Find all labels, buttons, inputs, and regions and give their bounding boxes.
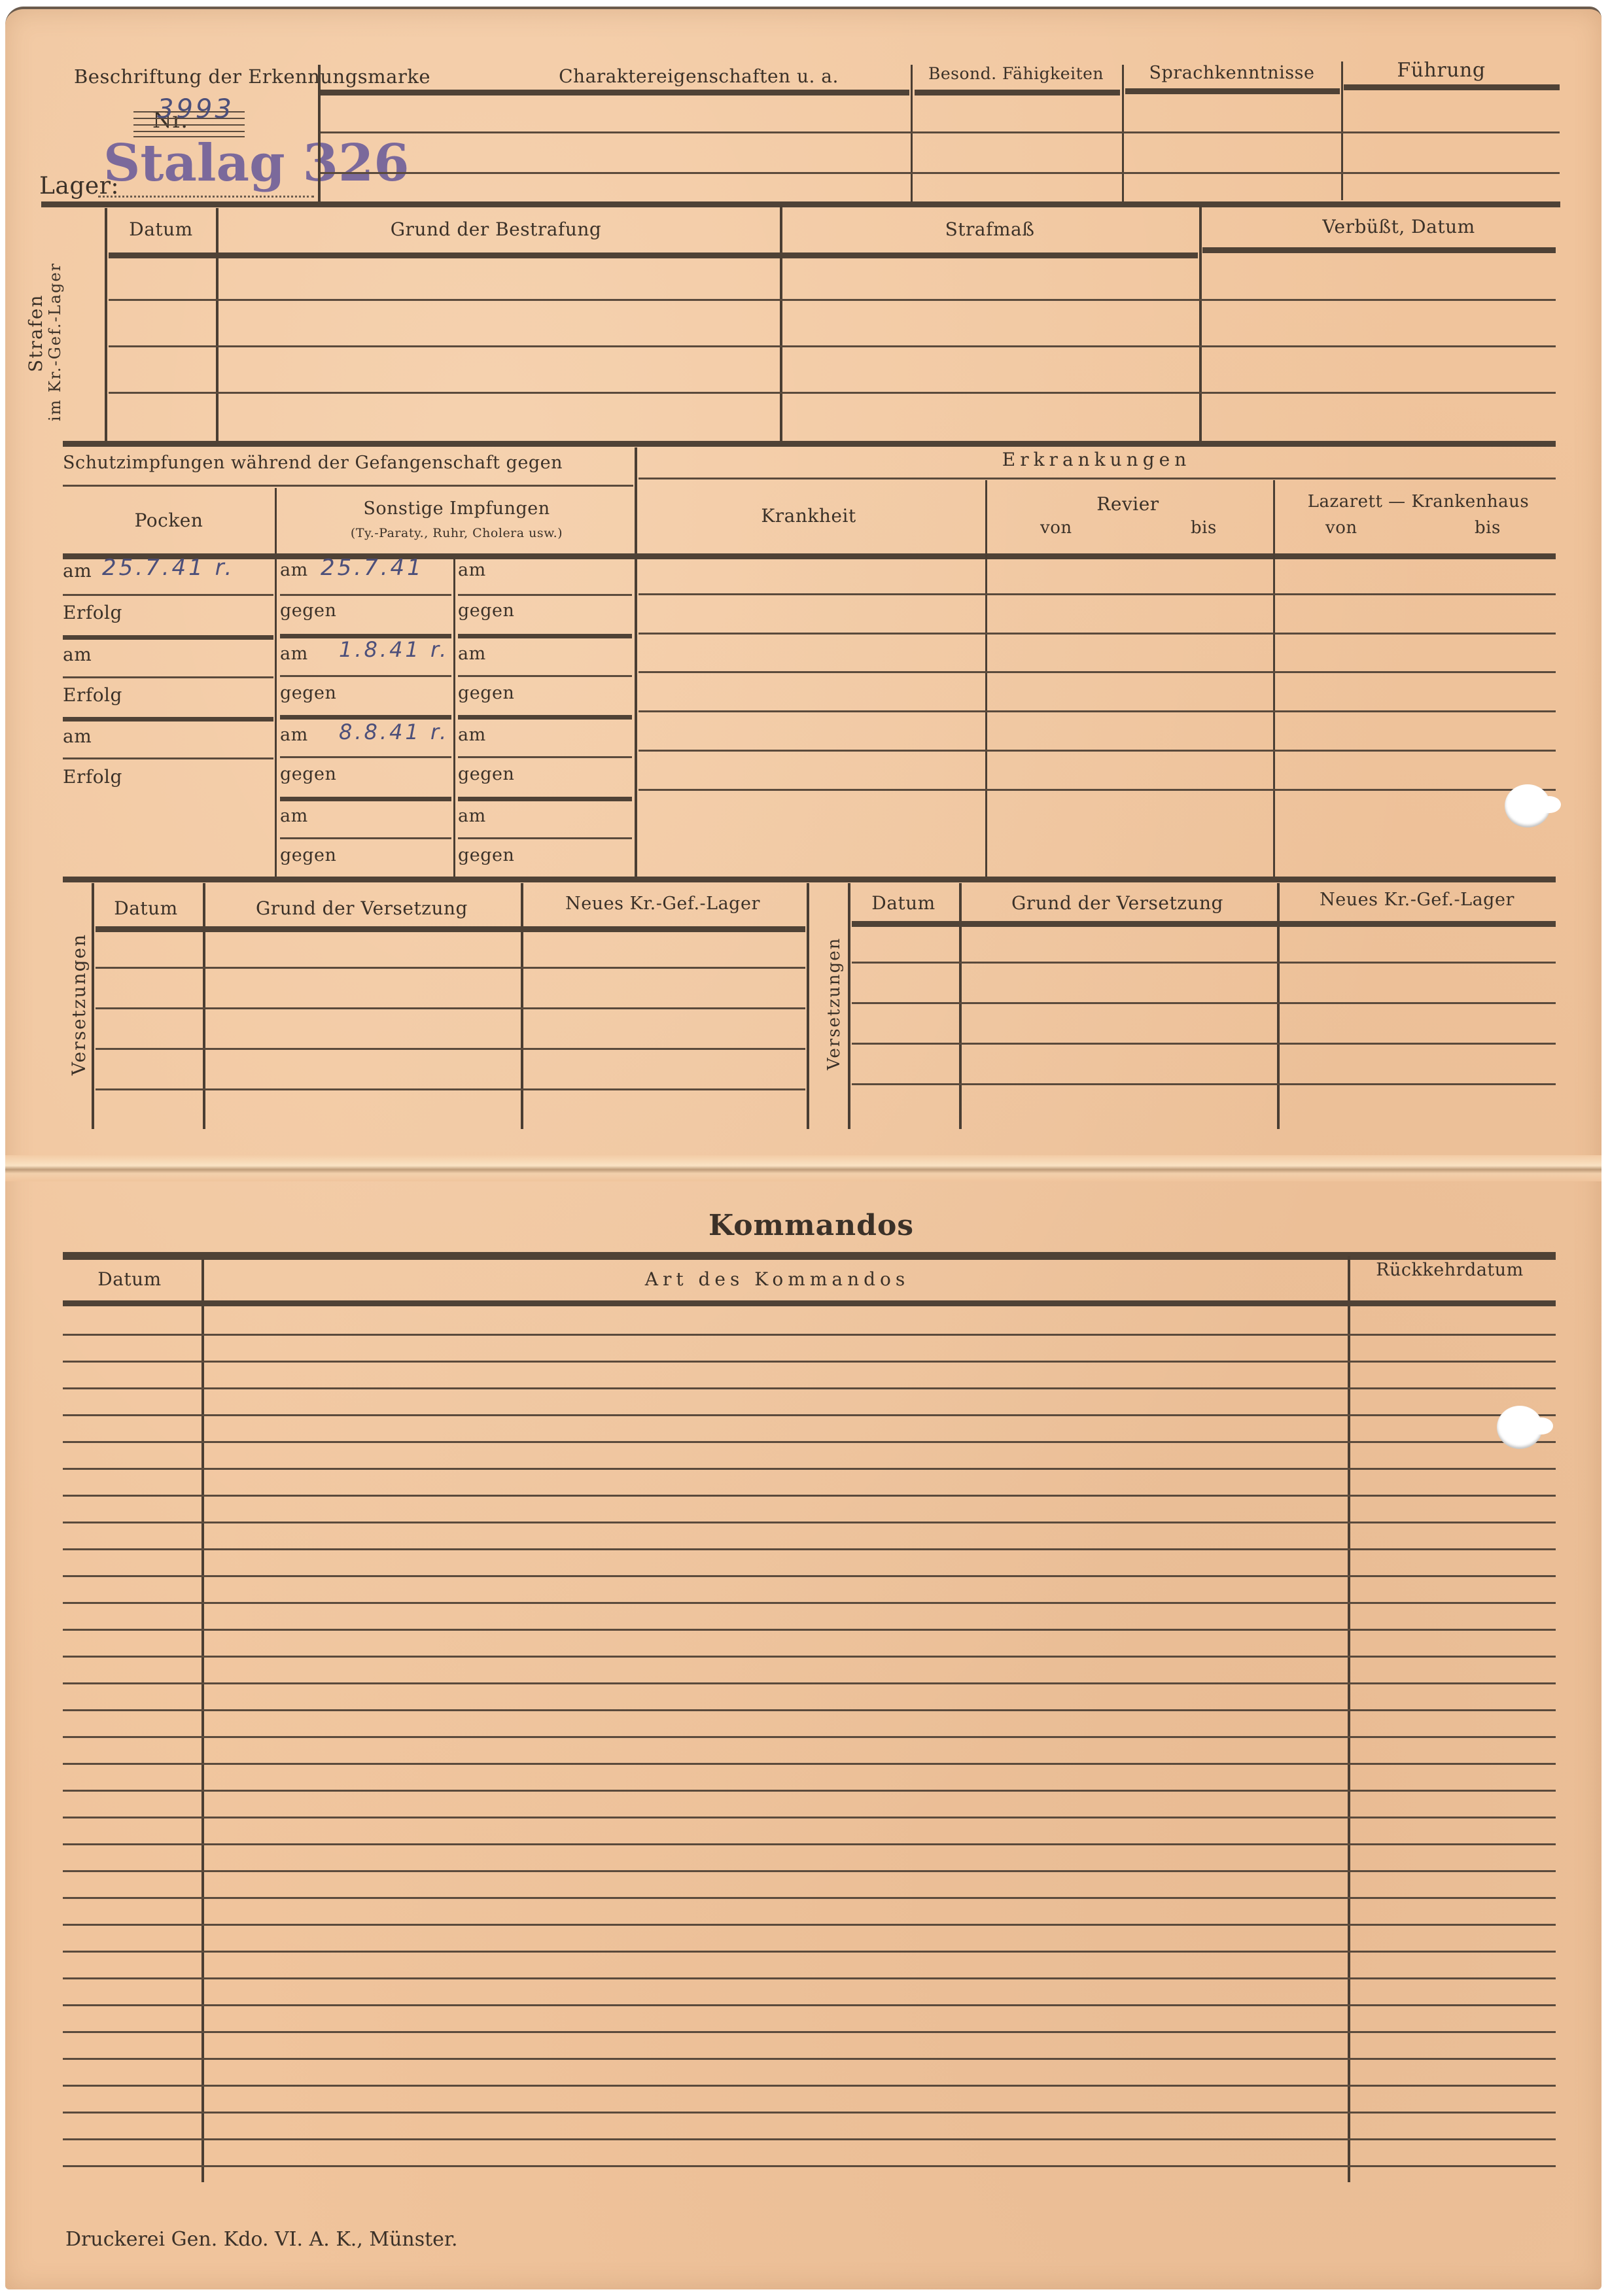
col-charakter: Charaktereigenschaften u. a. (559, 65, 839, 87)
kommandos-row-line (63, 1951, 1556, 1953)
sonstige-gegen-label: gegen (458, 764, 514, 784)
kommandos-row-line (63, 2004, 1556, 2006)
personnel-card: Beschriftung der Erkennungsmarke Nr. 399… (5, 7, 1601, 2289)
col-lazarett: Lazarett — Krankenhaus (1308, 492, 1530, 512)
pocken-erfolg-label: Erfolg (63, 766, 122, 788)
versetzungen-left-col-datum: Datum (114, 897, 177, 919)
kommandos-row-line (63, 2031, 1556, 2033)
kommandos-row-line (63, 1924, 1556, 1926)
kommandos-row-line (63, 1602, 1556, 1604)
kommandos-row-line (63, 1522, 1556, 1523)
strafen-col-verbuesst: Verbüßt, Datum (1322, 216, 1475, 237)
kommandos-row-line (63, 1387, 1556, 1389)
kommandos-table-body[interactable] (63, 1307, 1556, 2183)
kommandos-row-line (63, 1870, 1556, 1872)
kommandos-row-line (63, 1575, 1556, 1577)
sonstige-am-label: am (280, 644, 308, 664)
sonstige-am-label: am (458, 725, 486, 745)
pocken-erfolg-label: Erfolg (63, 602, 122, 623)
col-faehigkeiten: Besond. Fähigkeiten (928, 64, 1104, 83)
col-sprachkenntnisse: Sprachkenntnisse (1149, 63, 1315, 83)
sonstige-am-label: am (280, 725, 308, 745)
kommandos-row-line (63, 2138, 1556, 2140)
sonstige-gegen-label: gegen (280, 600, 336, 621)
versetzungen-right-col-lager: Neues Kr.-Gef.-Lager (1320, 890, 1514, 910)
sonstige-am-value[interactable]: 1.8.41 r. (339, 637, 449, 662)
strafen-side-label-2: im Kr.-Gef.-Lager (46, 262, 64, 421)
kommandos-row-line (63, 1361, 1556, 1363)
versetzungen-side-label-left: Versetzungen (68, 933, 90, 1075)
kommandos-row-line (63, 2165, 1556, 2167)
lazarett-von: von (1325, 518, 1357, 538)
pocken-am-label: am (63, 560, 92, 582)
kommandos-row-line (63, 1441, 1556, 1443)
erkrankungen-title: Erkrankungen (1002, 449, 1191, 470)
col-sonstige: Sonstige Impfungen (363, 498, 550, 519)
sonstige-am-value[interactable]: 25.7.41 (321, 555, 424, 581)
fuehrung-field[interactable] (1344, 91, 1560, 196)
fold-crease (5, 1155, 1601, 1181)
col-revier: Revier (1096, 493, 1159, 515)
kommandos-row-line (63, 2112, 1556, 2113)
sonstige-gegen-label: gegen (458, 845, 514, 865)
kommandos-row-line (63, 1817, 1556, 1818)
sprachkenntnisse-field[interactable] (1125, 96, 1340, 200)
strafen-side-label: Strafen (25, 294, 46, 372)
kommandos-col-datum: Datum (97, 1268, 161, 1290)
strafen-col-strafmass: Strafmaß (945, 218, 1035, 240)
sonstige-am-label: am (458, 560, 486, 580)
sonstige-am-label: am (458, 806, 486, 826)
kommandos-row-line (63, 1843, 1556, 1845)
col-krankheit: Krankheit (761, 505, 856, 527)
erkrankungen-table-body[interactable] (639, 560, 1556, 878)
versetzungen-left-body[interactable] (96, 933, 805, 1129)
kommandos-row-line (63, 1334, 1556, 1336)
kommandos-row-line (63, 1682, 1556, 1684)
kommandos-row-line (63, 1495, 1556, 1497)
kommandos-row-line (63, 1629, 1556, 1631)
sonstige-gegen-label: gegen (280, 845, 336, 865)
kommandos-col-rueckkehr: Rückkehrdatum (1376, 1260, 1524, 1280)
sonstige-gegen-label: gegen (280, 764, 336, 784)
pocken-am-label: am (63, 725, 92, 747)
versetzungen-left-col-grund: Grund der Versetzung (256, 897, 468, 919)
kommandos-row-line (63, 1763, 1556, 1765)
strafen-table-body[interactable] (109, 259, 1556, 442)
sonstige-am-label: am (280, 806, 308, 826)
sonstige-am-label: am (280, 560, 308, 580)
sonstige-am-value[interactable]: 8.8.41 r. (339, 720, 449, 744)
schutzimpfungen-title: Schutzimpfungen während der Gefangenscha… (63, 453, 563, 473)
kommandos-row-line (63, 1468, 1556, 1470)
kommandos-row-line (63, 1414, 1556, 1416)
col-fuehrung: Führung (1397, 59, 1485, 82)
sonstige-gegen-label: gegen (280, 683, 336, 703)
lager-field[interactable] (98, 196, 314, 198)
versetzungen-right-body[interactable] (852, 928, 1556, 1124)
charakter-field[interactable] (321, 96, 909, 200)
punch-hole (1505, 784, 1550, 827)
kommandos-row-line (63, 2058, 1556, 2060)
kommandos-row-line (63, 1548, 1556, 1550)
col-pocken: Pocken (135, 510, 203, 531)
strafen-col-grund: Grund der Bestrafung (391, 218, 602, 240)
revier-bis: bis (1191, 518, 1217, 538)
kommandos-col-art: Art des Kommandos (645, 1268, 910, 1290)
pocken-am-value[interactable]: 25.7.41 r. (102, 555, 234, 581)
kommandos-title: Kommandos (709, 1209, 914, 1242)
versetzungen-side-label-right: Versetzungen (824, 937, 844, 1070)
faehigkeiten-field[interactable] (915, 96, 1120, 200)
pocken-erfolg-label: Erfolg (63, 684, 122, 706)
kommandos-row-line (63, 1656, 1556, 1658)
sonstige-gegen-label: gegen (458, 683, 514, 703)
versetzungen-right-col-grund: Grund der Versetzung (1011, 892, 1223, 914)
sonstige-gegen-label: gegen (458, 600, 514, 621)
punch-hole (1497, 1406, 1543, 1449)
pocken-am-label: am (63, 644, 92, 665)
revier-von: von (1040, 518, 1072, 538)
nr-value: 3993 (157, 94, 234, 124)
kommandos-row-line (63, 1897, 1556, 1899)
kommandos-row-line (63, 1736, 1556, 1738)
kommandos-row-line (63, 1977, 1556, 1979)
col-sonstige-sub: (Ty.-Paraty., Ruhr, Cholera usw.) (351, 526, 563, 540)
sonstige-am-label: am (458, 644, 486, 664)
versetzungen-left-col-lager: Neues Kr.-Gef.-Lager (565, 894, 760, 914)
printer-imprint: Druckerei Gen. Kdo. VI. A. K., Münster. (65, 2228, 458, 2251)
kommandos-row-line (63, 1709, 1556, 1711)
lazarett-bis: bis (1475, 518, 1501, 538)
versetzungen-right-col-datum: Datum (871, 892, 935, 914)
strafen-col-datum: Datum (129, 218, 192, 240)
kommandos-row-line (63, 2085, 1556, 2087)
kommandos-row-line (63, 1790, 1556, 1792)
erkennungsmarke-label: Beschriftung der Erkennungsmarke (74, 65, 430, 88)
